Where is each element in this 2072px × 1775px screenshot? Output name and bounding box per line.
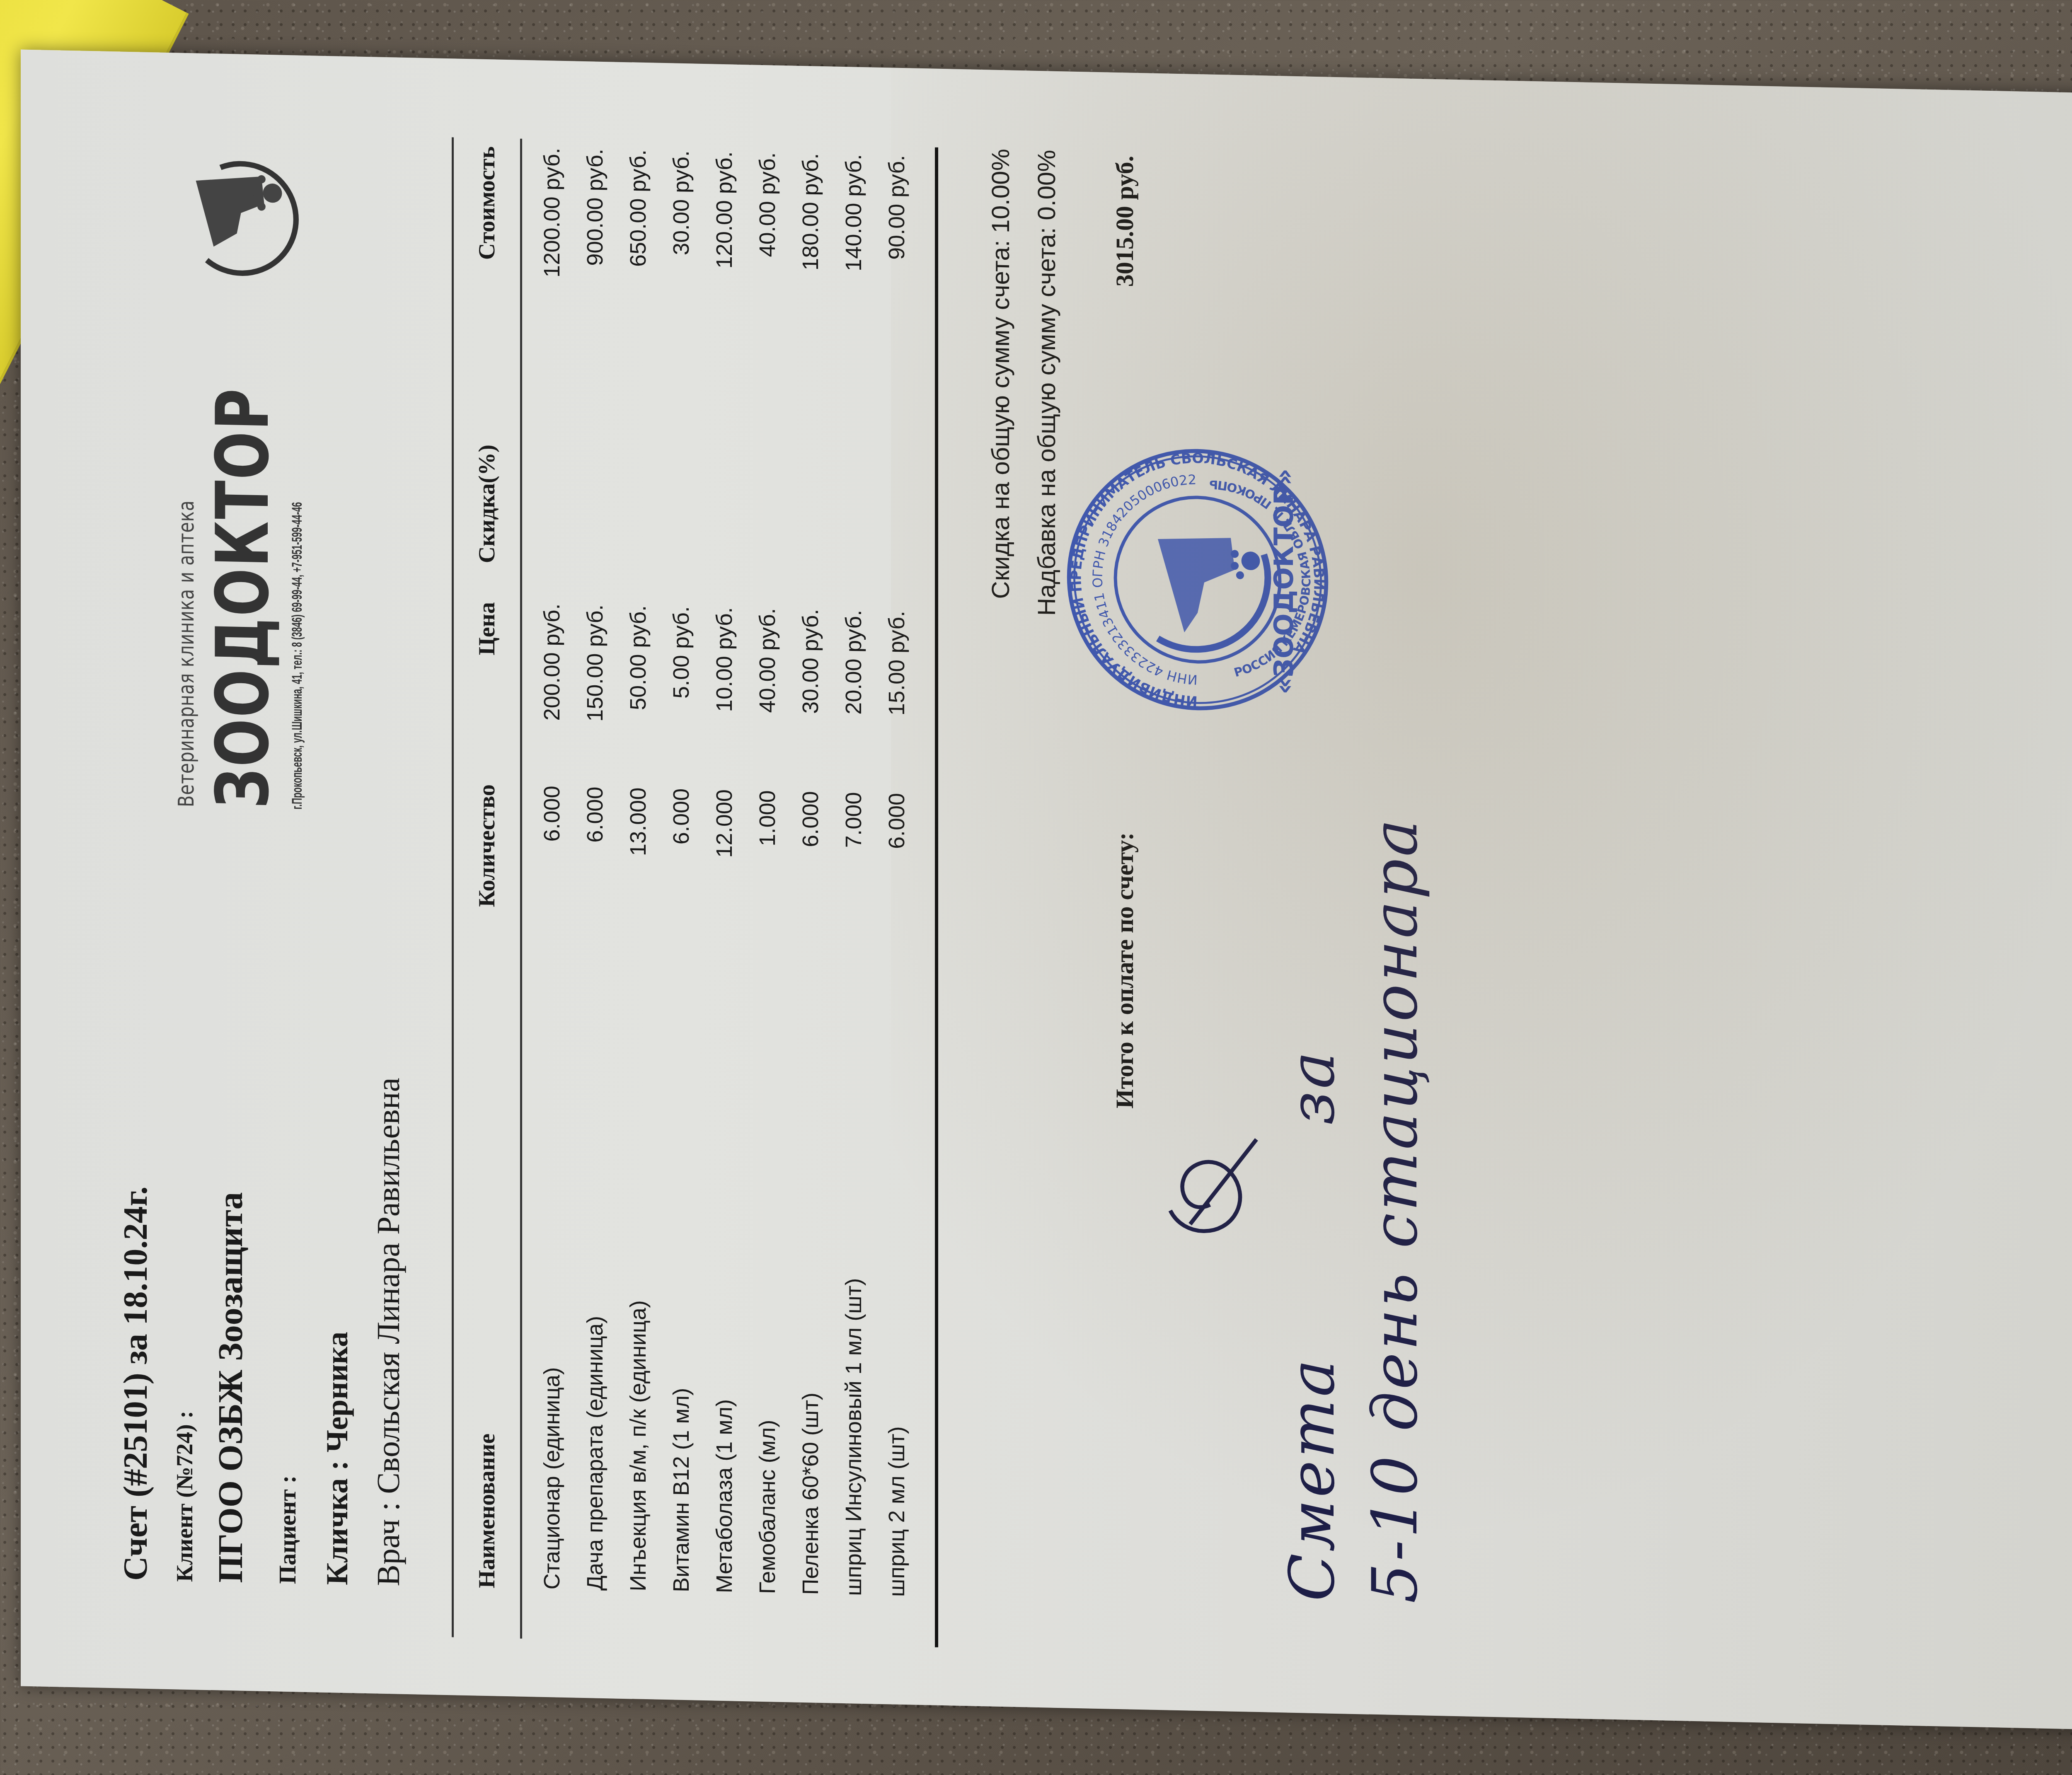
table-row: Пеленка 60*60 (шт)6.00030.00 руб.180.00 … (789, 144, 832, 1645)
item-name: Инъекция в/м, п/к (единица) (625, 941, 651, 1641)
table-row: Инъекция в/м, п/к (единица)13.00050.00 р… (617, 141, 660, 1642)
item-qty: 13.000 (625, 787, 651, 941)
handwritten-word-for: за (1276, 1048, 1348, 1126)
item-price: 30.00 руб. (798, 609, 823, 791)
table-row: Витамин В12 (1 мл)6.0005.00 руб.30.00 ру… (660, 142, 703, 1642)
item-price: 50.00 руб. (625, 605, 651, 788)
item-name: Пеленка 60*60 (шт) (798, 944, 823, 1645)
item-price: 20.00 руб. (841, 609, 867, 792)
clinic-brand: ЗООДОКТОР (201, 387, 285, 809)
table-row: шприц 2 мл (шт)6.00015.00 руб.90.00 руб. (875, 146, 918, 1647)
table-row: Гемобаланс (мл)1.00040.00 руб.40.00 руб. (746, 143, 789, 1644)
item-name: Дача препарата (единица) (582, 940, 608, 1640)
patient-label: Пациент : (274, 1075, 301, 1584)
clinic-address: г.Прокопьевск, ул.Шишкина, 41, тел.: 8 (… (289, 502, 305, 809)
table-body: Стационар (единица)6.000200.00 руб.1200.… (522, 139, 935, 1647)
summary-block: Скидка на общую сумму счета: 10.00% Надб… (986, 148, 1078, 772)
item-cost: 120.00 руб. (712, 143, 737, 450)
item-cost: 140.00 руб. (841, 145, 867, 452)
item-name: Стационар (единица) (539, 939, 565, 1640)
table-row: Стационар (единица)6.000200.00 руб.1200.… (530, 139, 574, 1640)
item-cost: 1200.00 руб. (539, 139, 565, 446)
doctor-name: Врач : Свольская Линара Равильевна (370, 1077, 407, 1586)
item-qty: 12.000 (712, 789, 737, 943)
handwritten-line-1: Сметаза (1276, 1048, 1348, 1602)
total-value: 3015.00 руб. (1111, 155, 1139, 287)
item-qty: 6.000 (582, 786, 608, 940)
item-qty: 6.000 (668, 788, 694, 942)
item-price: 40.00 руб. (755, 608, 780, 791)
table-bottom-rule (935, 148, 938, 1647)
item-name: Витамин В12 (1 мл) (668, 941, 694, 1642)
item-qty: 6.000 (539, 786, 565, 939)
item-cost: 30.00 руб. (668, 142, 694, 449)
header-name: Наименование (474, 937, 500, 1638)
discount-line: Скидка на общую сумму счета: 10.00% (986, 148, 1015, 770)
invoice-header: Счет (#25101) за 18.10.24г. Клиент (№724… (116, 1072, 407, 1586)
ruler-ticks (0, 0, 2, 509)
clinic-logo: Ветеринарная клиника и аптека ЗООДОКТОР … (157, 135, 332, 810)
total-label: Итого к оплате по счету: (1111, 832, 1139, 1109)
item-cost: 180.00 руб. (798, 145, 823, 452)
invoice-title: Счет (#25101) за 18.10.24г. (116, 1072, 155, 1582)
item-name: Гемобаланс (мл) (755, 943, 780, 1644)
header-qty: Количество (474, 784, 500, 938)
client-name: ПГОО ОЗБЖ Зоозащита (211, 1074, 251, 1584)
table-header-row: Наименование Количество Цена Скидка(%) С… (454, 137, 520, 1638)
item-qty: 6.000 (798, 791, 823, 945)
table-row: Дача препарата (единица)6.000150.00 руб.… (574, 140, 617, 1640)
clinic-subtitle: Ветеринарная клиника и аптека (174, 500, 199, 807)
item-qty: 1.000 (755, 790, 780, 944)
item-price: 5.00 руб. (668, 606, 694, 788)
header-discount: Скидка(%) (474, 444, 500, 602)
item-name: Метаболаза (1 мл) (712, 942, 737, 1643)
item-name: шприц Инсулиновый 1 мл (шт) (841, 945, 867, 1646)
header-cost: Стоимость (474, 138, 500, 445)
item-cost: 900.00 руб. (582, 140, 608, 447)
item-price: 15.00 руб. (884, 610, 910, 793)
client-label: Клиент (№724) : (172, 1073, 198, 1582)
item-qty: 6.000 (884, 793, 910, 946)
item-cost: 40.00 руб. (755, 144, 780, 451)
item-price: 10.00 руб. (712, 607, 737, 789)
item-price: 150.00 руб. (582, 604, 608, 787)
invoice-paper: Счет (#25101) за 18.10.24г. Клиент (№724… (21, 49, 2072, 1732)
table-row: Метаболаза (1 мл)12.00010.00 руб.120.00 … (703, 143, 746, 1643)
handwritten-line-2: 5-10 день стационара (1359, 816, 1431, 1604)
signature-icon (1144, 1113, 1276, 1257)
header-price: Цена (474, 602, 500, 784)
handwritten-word-estimate: Смета (1276, 1356, 1348, 1602)
item-price: 200.00 руб. (539, 603, 565, 786)
handwritten-note: Сметаза 5-10 день стационара (1264, 233, 1471, 1604)
item-qty: 7.000 (841, 792, 867, 946)
markup-line: Надбавка на общую сумму счета: 0.00% (1032, 150, 1061, 771)
table-row: шприц Инсулиновый 1 мл (шт)7.00020.00 ру… (832, 145, 875, 1646)
pet-name: Кличка : Черника (320, 1076, 355, 1585)
item-cost: 90.00 руб. (884, 146, 910, 453)
item-name: шприц 2 мл (шт) (884, 946, 910, 1647)
cat-dog-emblem-icon (166, 150, 303, 290)
services-table: Наименование Количество Цена Скидка(%) С… (452, 137, 938, 1647)
item-cost: 650.00 руб. (625, 141, 651, 448)
